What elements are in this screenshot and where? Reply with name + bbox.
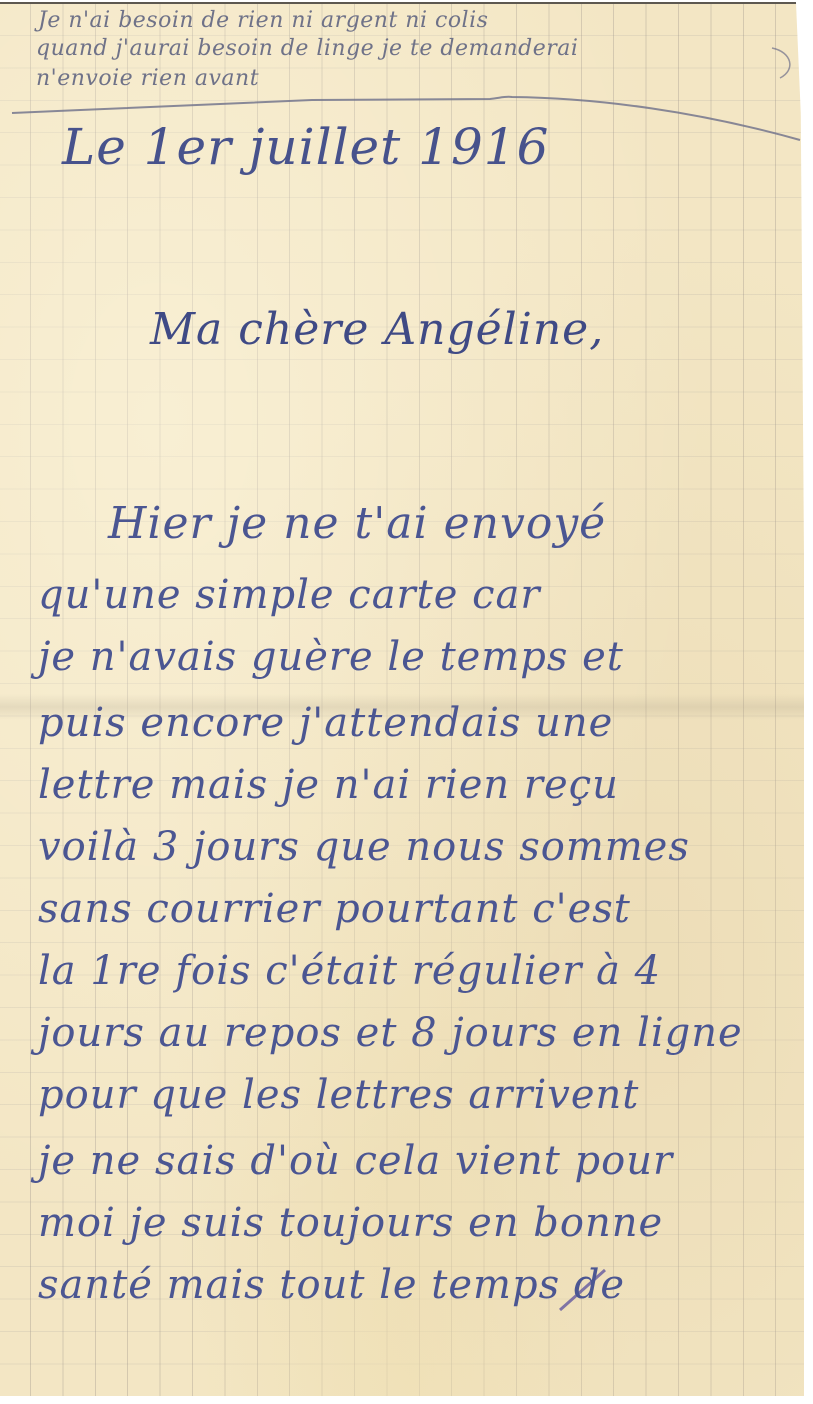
body-line-12: moi je suis toujours en bonne — [38, 1200, 663, 1246]
body-line-13: santé mais tout le temps de — [38, 1262, 625, 1308]
margin-note-line-1: Je n'ai besoin de rien ni argent ni coli… — [38, 8, 488, 33]
body-line-1: Hier je ne t'ai envoyé — [108, 498, 606, 549]
body-line-3: je n'avais guère le temps et — [38, 634, 624, 680]
margin-note-line-2: quand j'aurai besoin de linge je te dema… — [36, 36, 578, 61]
body-line-9: jours au repos et 8 jours en ligne — [38, 1010, 743, 1056]
body-line-2: qu'une simple carte car — [38, 572, 541, 618]
body-line-6: voilà 3 jours que nous sommes — [38, 824, 690, 870]
letter-date: Le 1er juillet 1916 — [62, 118, 549, 176]
margin-note-line-3: n'envoie rien avant — [36, 66, 259, 91]
body-line-11: je ne sais d'où cela vient pour — [38, 1138, 673, 1184]
body-line-4: puis encore j'attendais une — [38, 700, 613, 746]
body-line-10: pour que les lettres arrivent — [38, 1072, 639, 1118]
letter-salutation: Ma chère Angéline, — [150, 304, 604, 355]
body-line-8: la 1re fois c'était régulier à 4 — [38, 948, 661, 994]
body-line-5: lettre mais je n'ai rien reçu — [38, 762, 619, 808]
letter-page — [0, 2, 804, 1396]
body-line-7: sans courrier pourtant c'est — [38, 886, 631, 932]
